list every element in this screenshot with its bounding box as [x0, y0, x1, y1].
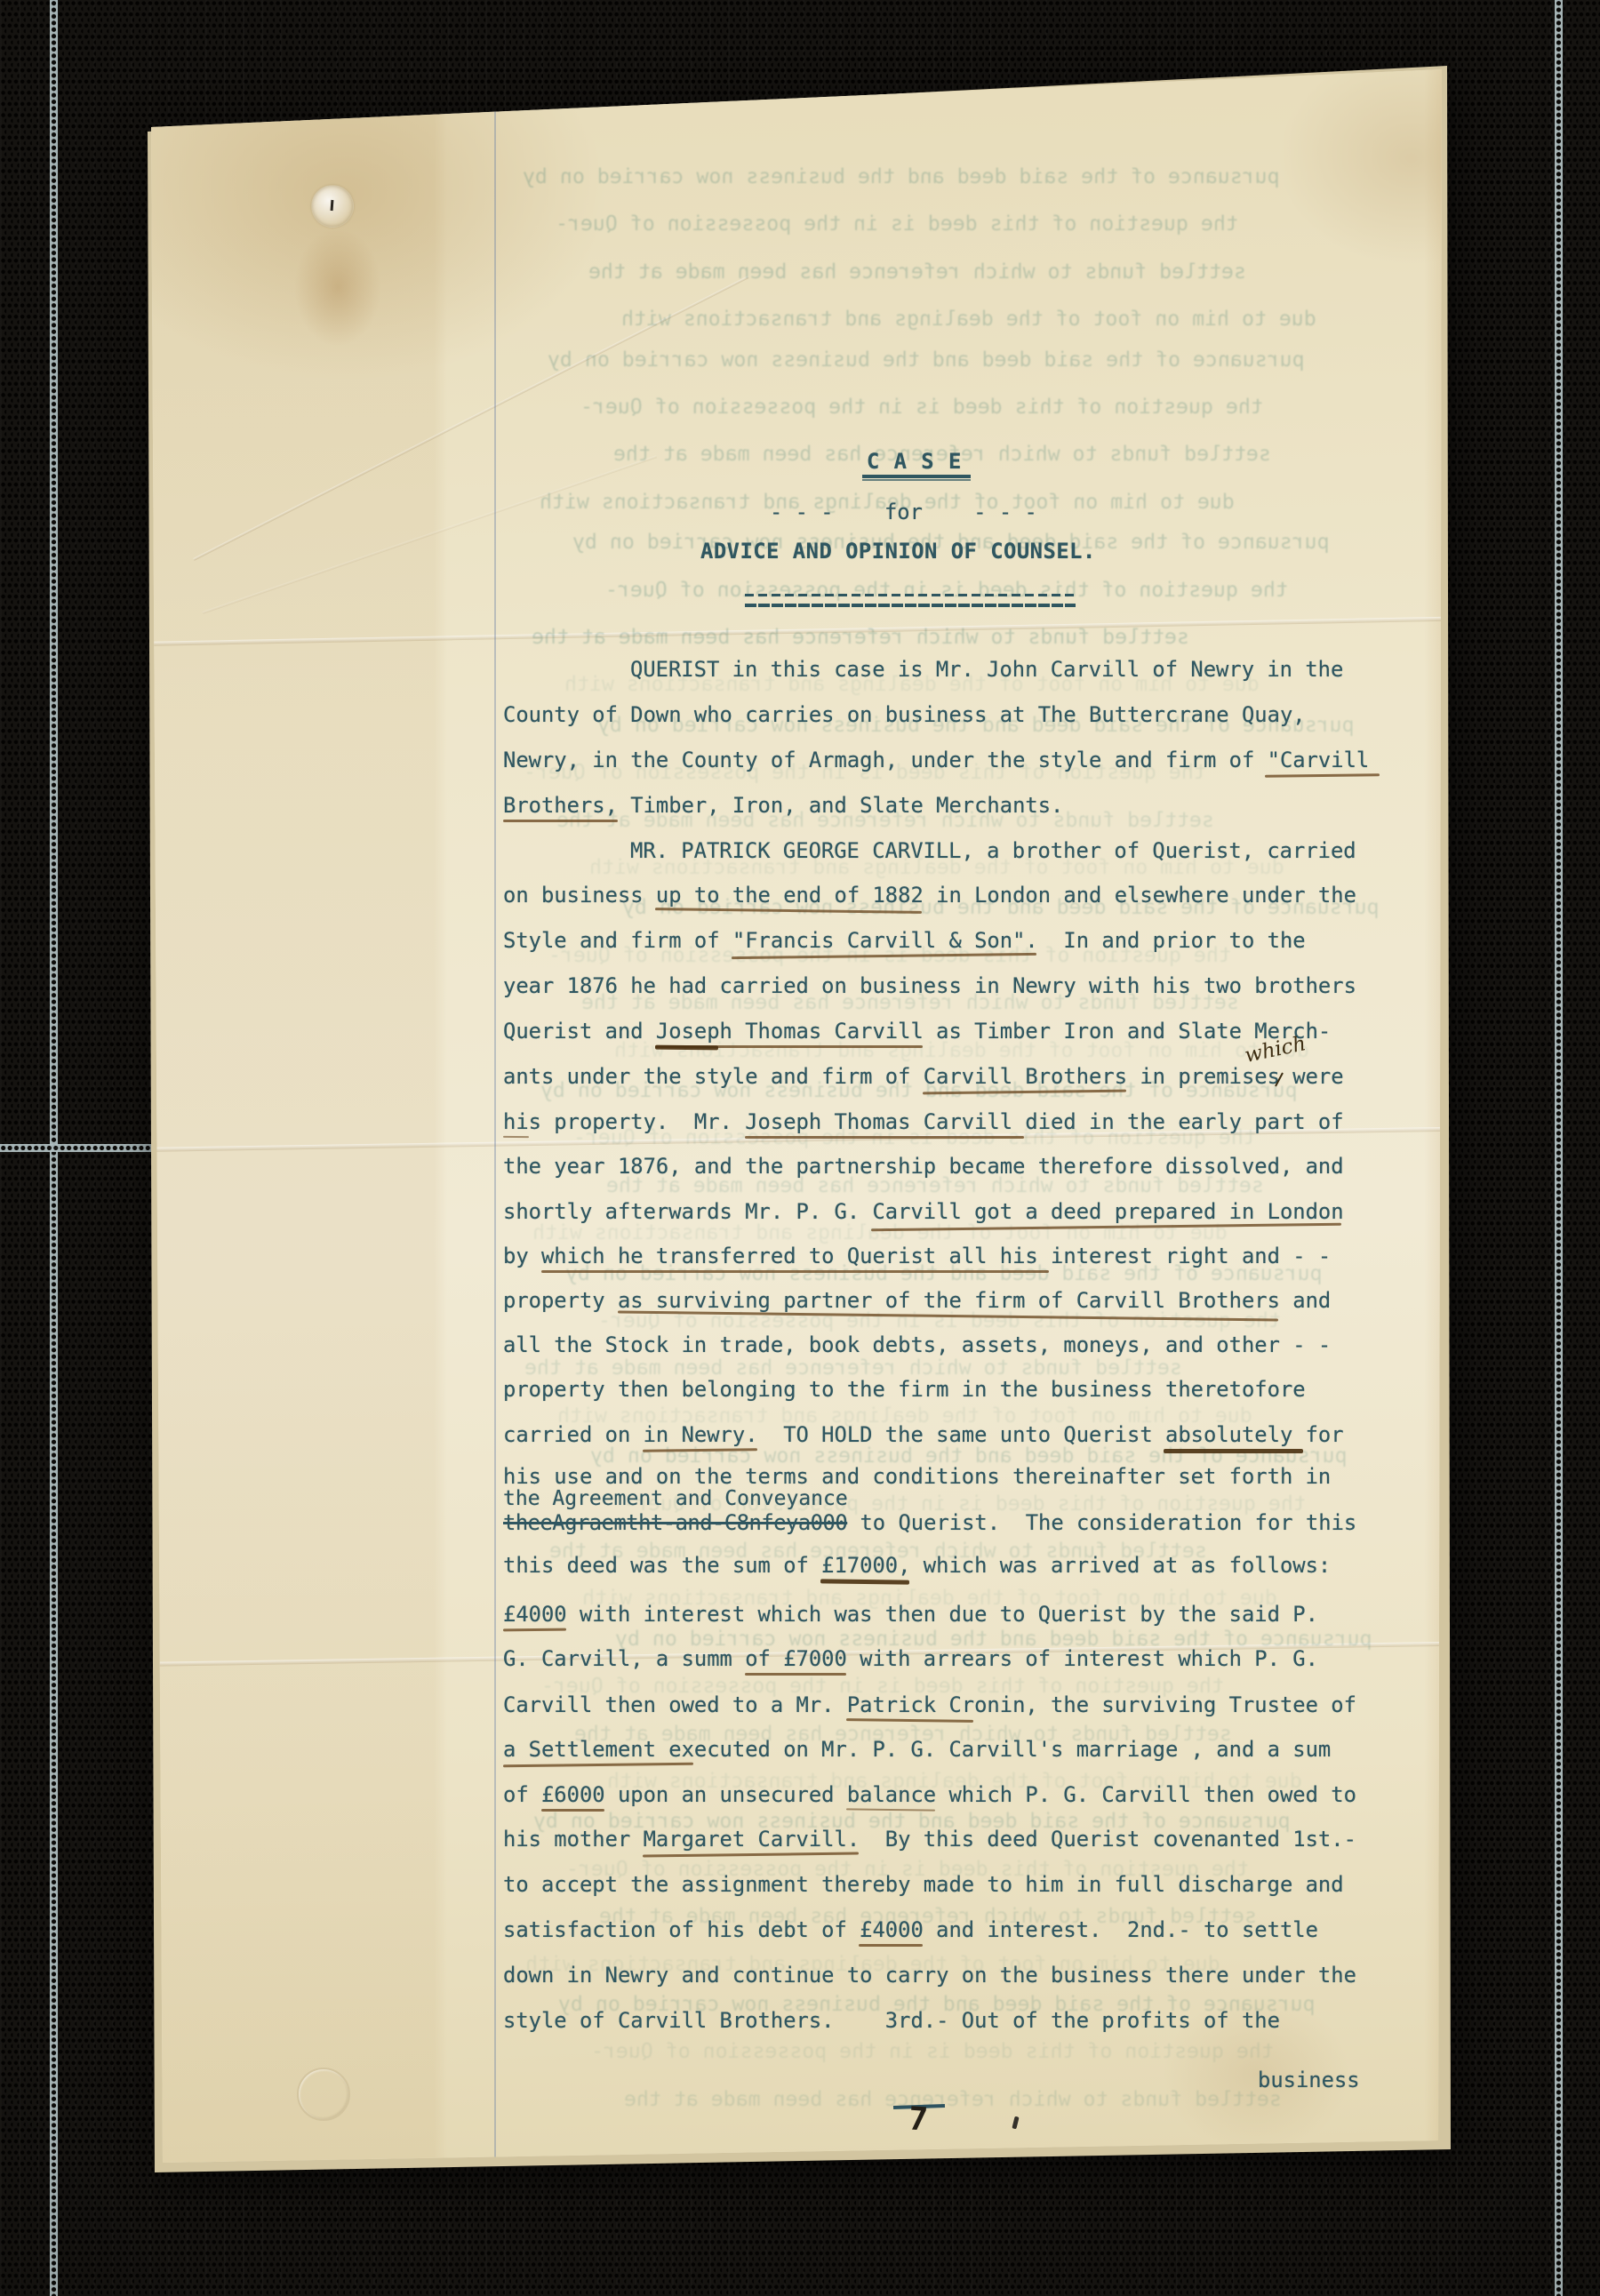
ink-underline — [745, 1673, 846, 1676]
document-line: ants under the style and firm of Carvill… — [503, 1064, 1344, 1089]
ink-underline — [655, 1045, 718, 1051]
document-line: on business up to the end of 1882 in Lon… — [503, 883, 1356, 908]
heading-rule-2 — [745, 604, 1076, 607]
page-number: 7 — [908, 2100, 929, 2138]
ghost-line: settled funds to which reference has bee… — [532, 625, 1189, 649]
ink-underline — [1164, 1449, 1303, 1453]
document-line: MR. PATRICK GEORGE CARVILL, a brother of… — [503, 838, 1356, 863]
ghost-line: the question of this deed is in the poss… — [605, 578, 1288, 602]
document-line: the year 1876, and the partnership becam… — [503, 1154, 1344, 1179]
document-line: County of Down who carries on business a… — [503, 702, 1306, 727]
ink-underline — [541, 1809, 604, 1812]
ghost-line: settled funds to which reference has bee… — [588, 260, 1246, 284]
ghost-line: pursuance of the said deed and the busin… — [523, 164, 1280, 188]
ink-underline — [503, 1763, 693, 1768]
heading-rule — [745, 594, 1076, 596]
document-line: this deed was the sum of £17000, which w… — [503, 1553, 1331, 1578]
grid-tape-vertical-right — [1555, 0, 1563, 2296]
heading-title: C A S E — [867, 449, 962, 474]
document-line: to accept the assignment thereby made to… — [503, 1872, 1344, 1897]
document-line: property then belonging to the firm in t… — [503, 1377, 1306, 1402]
ghost-line: the question of this deed is in the poss… — [580, 395, 1263, 419]
ghost-line: pursuance of the said deed and the busin… — [548, 348, 1305, 372]
ghost-line: due to him on foot of the dealings and t… — [532, 1220, 1228, 1244]
pin-mark-icon — [331, 200, 334, 211]
document-line: of £6000 upon an unsecured balance which… — [503, 1782, 1356, 1807]
wafer-seal — [311, 185, 354, 228]
ink-underline — [541, 1270, 1050, 1273]
heading-title-underline-2 — [862, 479, 971, 481]
ink-underline — [503, 1628, 566, 1632]
document-line: £4000 with interest which was then due t… — [503, 1602, 1318, 1627]
document-line: QUERIST in this case is Mr. John Carvill… — [503, 657, 1343, 682]
photograph-stage: pursuance of the said deed and the busin… — [0, 0, 1600, 2296]
ink-underline — [820, 1579, 909, 1584]
document-line: Brothers, Timber, Iron, and Slate Mercha… — [503, 793, 1063, 818]
document-line: Style and firm of "Francis Carvill & Son… — [503, 928, 1306, 953]
ink-underline — [503, 1136, 529, 1138]
document-line: Querist and Joseph Thomas Carvill as Tim… — [503, 1019, 1331, 1044]
document-line: satisfaction of his debt of £4000 and in… — [503, 1917, 1318, 1942]
ghost-line: due to him on foot of the dealings and t… — [621, 307, 1316, 331]
document-line: his property. Mr. Joseph Thomas Carvill … — [503, 1109, 1344, 1134]
document-line: style of Carvill Brothers. 3rd.- Out of … — [503, 2008, 1280, 2033]
ink-underline — [503, 820, 618, 822]
catchword: business — [1258, 2068, 1360, 2092]
document-line: down in Newry and continue to carry on t… — [503, 1963, 1356, 1988]
heading-divider: - - - for - - - — [770, 500, 1037, 524]
ghost-line: the question of this deed is in the poss… — [556, 212, 1238, 236]
paper-sheet: pursuance of the said deed and the busin… — [140, 60, 1467, 2185]
document-line: a Settlement executed on Mr. P. G. Carvi… — [503, 1737, 1331, 1762]
margin-rule — [494, 96, 496, 2158]
document-line: Carvill then owed to a Mr. Patrick Croni… — [503, 1692, 1356, 1717]
ghost-line: the question of this deed is in the poss… — [591, 2039, 1274, 2063]
document-line: his mother Margaret Carvill. By this dee… — [503, 1827, 1356, 1852]
heading-title-underline — [862, 475, 971, 478]
document-line: G. Carvill, a summ of £7000 with arrears… — [503, 1646, 1318, 1671]
struck-text: theeAgraemtht-and-C8nfeya000 — [503, 1510, 847, 1535]
document-line: all the Stock in trade, book debts, asse… — [503, 1332, 1331, 1357]
ink-mark — [1012, 2116, 1019, 2130]
ink-underline — [1265, 773, 1380, 778]
document-line: shortly afterwards Mr. P. G. Carvill got… — [503, 1199, 1344, 1224]
document-line: his use and on the terms and conditions … — [503, 1464, 1331, 1489]
ghost-line: settled funds to which reference has bee… — [624, 2087, 1282, 2111]
document-line: theeAgraemtht-and-C8nfeya000 to Querist.… — [503, 1510, 1356, 1535]
document-line: carried on in Newry. TO HOLD the same un… — [503, 1422, 1344, 1447]
ink-underline — [859, 1944, 922, 1947]
document-line: by which he transferred to Querist all h… — [503, 1244, 1331, 1268]
paper-stack: pursuance of the said deed and the busin… — [140, 60, 1467, 2185]
document-line: the Agreement and Conveyance — [503, 1486, 848, 1511]
document-line: Newry, in the County of Armagh, under th… — [503, 748, 1369, 772]
document-line: property as surviving partner of the fir… — [503, 1288, 1331, 1313]
heading-subtitle: ADVICE AND OPINION OF COUNSEL. — [700, 539, 1096, 564]
document-line: year 1876 he had carried on business in … — [503, 973, 1356, 998]
embossed-seal — [297, 2068, 350, 2121]
ink-underline — [745, 1136, 1024, 1139]
